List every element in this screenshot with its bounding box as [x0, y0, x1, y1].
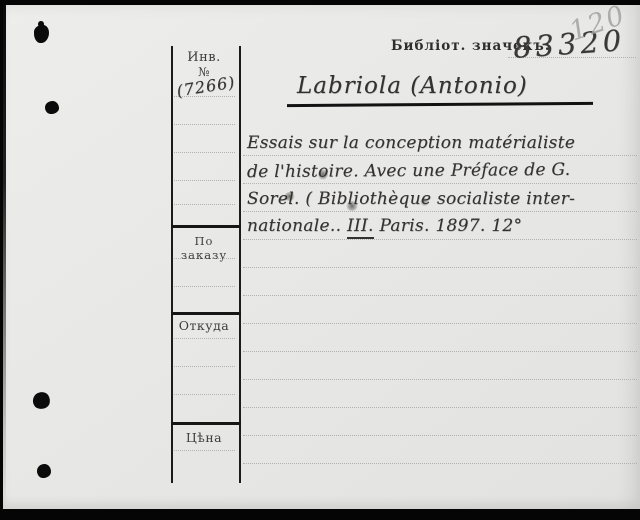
ruled-line [243, 435, 637, 436]
punch-hole [34, 25, 49, 43]
title-line-4: nationale.. III. Paris. 1897. 12° [247, 216, 522, 236]
title-line-1: Essais sur la conception matérialiste [247, 133, 575, 153]
ruled-line [243, 155, 637, 156]
author-heading-handwritten: Labriola (Antonio) [297, 73, 528, 99]
ruled-line [243, 407, 637, 408]
ink-smudge [284, 192, 295, 201]
title-line-3: Sorel. ( Bibliothèque socialiste inter- [247, 189, 575, 209]
ruled-line [243, 351, 637, 352]
title-line-4-pre: nationale.. [247, 216, 347, 236]
punch-hole [31, 390, 51, 410]
section-divider [171, 312, 241, 315]
ruled-line [243, 239, 637, 240]
photo-background: Инв. № (7266) По заказу Откуда Цѣна Библ… [0, 0, 640, 520]
sidebar-column [171, 46, 241, 483]
ruled-line [243, 183, 637, 184]
title-line-4-post: Paris. 1897. 12° [374, 216, 523, 236]
section-divider [171, 422, 241, 425]
punch-hole [45, 101, 59, 114]
catalog-card: Инв. № (7266) По заказу Откуда Цѣна Библ… [3, 5, 640, 509]
author-underline [287, 102, 593, 107]
series-volume-roman-numeral: III. [347, 216, 374, 239]
origin-label: Откуда [171, 318, 237, 333]
order-label: По заказу [171, 234, 237, 262]
ruled-line [243, 379, 637, 380]
ruled-line [243, 211, 637, 212]
inventory-label-line1: Инв. [171, 50, 237, 65]
ruled-line [243, 267, 637, 268]
ruled-line [243, 323, 637, 324]
section-divider [171, 225, 241, 228]
ink-smudge [346, 201, 358, 211]
punch-hole [37, 464, 51, 478]
ruled-line [243, 295, 637, 296]
ink-smudge [420, 198, 429, 206]
card-left-edge-shadow [3, 5, 6, 509]
price-label: Цѣна [171, 430, 237, 445]
ink-smudge [318, 169, 328, 180]
ruled-line [243, 463, 637, 464]
title-line-2: de l'histoire. Avec une Préface de G. [247, 160, 571, 182]
